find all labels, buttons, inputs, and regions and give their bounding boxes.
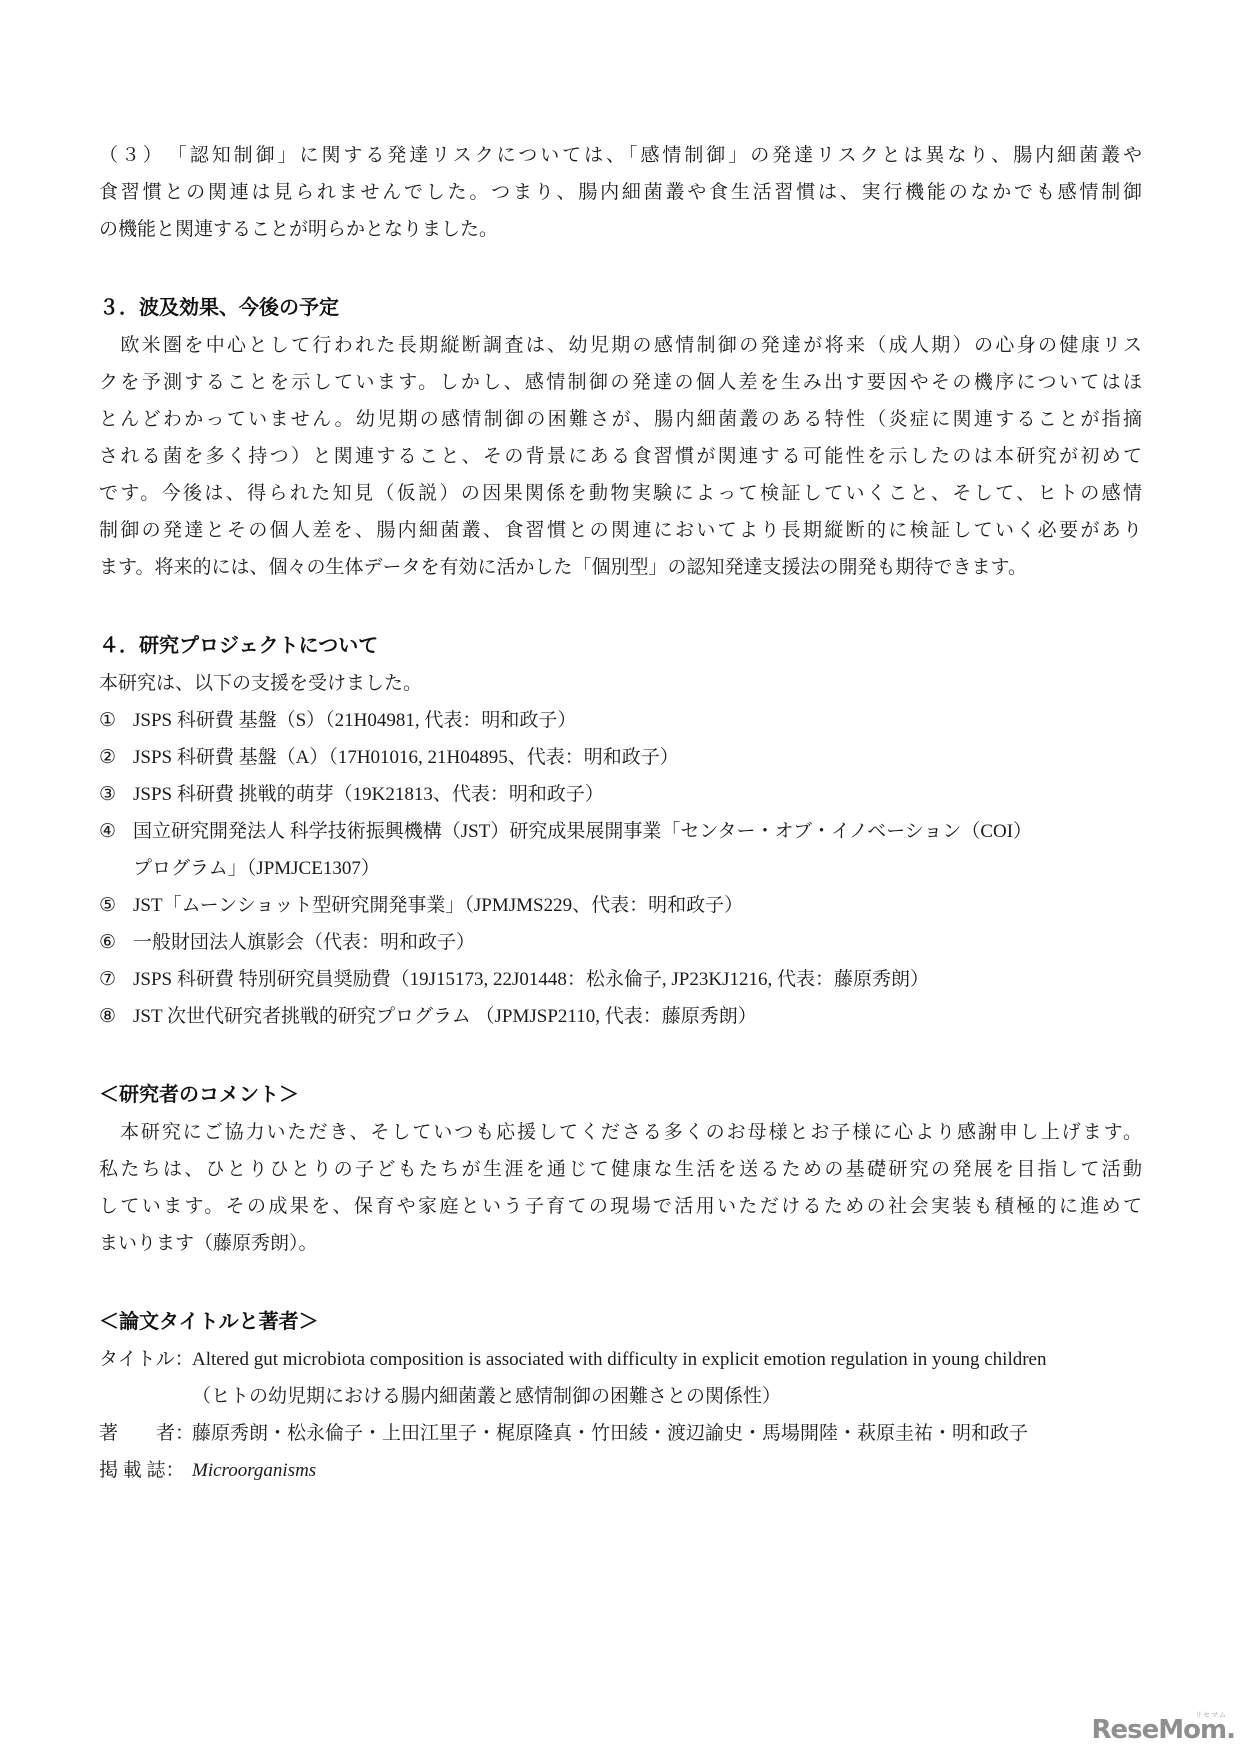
funding-item-text: プログラム」（JPMJCE1307） xyxy=(133,850,380,887)
section-heading-paper-info: ＜論文タイトルと著者＞ xyxy=(99,1304,1142,1341)
paper-journal-name: Microorganisms xyxy=(192,1460,316,1481)
funding-item-line: ①JSPS 科研費 基盤（S）（21H04981, 代表：明和政子） xyxy=(99,702,1142,739)
text-line: 食習慣との関連は見られませんでした。つまり、腸内細菌叢や食生活習慣は、実行機能の… xyxy=(99,174,1142,211)
text-line: です。今後は、得られた知見（仮説）の因果関係を動物実験によって検証していくこと、… xyxy=(99,475,1142,512)
funding-item-marker: ① xyxy=(99,702,133,739)
text-line: の機能と関連することが明らかとなりました。 xyxy=(99,211,1142,248)
text-line: クを予測することを示しています。しかし、感情制御の発達の個人差を生み出す要因やそ… xyxy=(99,364,1142,401)
text-line: ます。将来的には、個々の生体データを有効に活かした「個別型」の認知発達支援法の開… xyxy=(99,549,1142,586)
funding-item-marker: ⑤ xyxy=(99,887,133,924)
text-line: しています。その成果を、保育や家庭という子育ての現場で活用いただけるための社会実… xyxy=(99,1188,1142,1225)
funding-item-marker: ③ xyxy=(99,776,133,813)
paper-authors-line: 著 者：藤原秀朗・松永倫子・上田江里子・梶原隆真・竹田綾・渡辺諭史・馬場開陸・萩… xyxy=(99,1415,1142,1452)
document-content: （３） 「認知制御」に関する発達リスクについては、「感情制御」の発達リスクとは異… xyxy=(99,137,1142,1489)
paper-title-line: タイトル：Altered gut microbiota composition … xyxy=(99,1341,1142,1378)
text-line: 本研究にご協力いただき、そしていつも応援してくださる多くのお母様とお子様に心より… xyxy=(99,1114,1142,1151)
resemom-logo: リセマム ReseMom. xyxy=(1092,1717,1235,1743)
funding-item-text: JSPS 科研費 特別研究員奨励費（19J15173, 22J01448：松永倫… xyxy=(133,961,929,998)
text-line: 私たちは、ひとりひとりの子どもたちが生涯を通じて健康な生活を送るための基礎研究の… xyxy=(99,1151,1142,1188)
funding-item-marker: ⑦ xyxy=(99,961,133,998)
paragraph-cognitive-control: （３） 「認知制御」に関する発達リスクについては、「感情制御」の発達リスクとは異… xyxy=(99,137,1142,248)
funding-list: ①JSPS 科研費 基盤（S）（21H04981, 代表：明和政子）②JSPS … xyxy=(99,702,1142,1035)
funding-item-marker: ④ xyxy=(99,813,133,850)
text-line: 欧米圏を中心として行われた長期縦断調査は、幼児期の感情制御の発達が将来（成人期）… xyxy=(99,327,1142,364)
text-line: 制御の発達とその個人差を、腸内細菌叢、食習慣との関連においてより長期縦断的に検証… xyxy=(99,512,1142,549)
funding-item-line: ④国立研究開発法人 科学技術振興機構（JST）研究成果展開事業「センター・オブ・… xyxy=(99,813,1142,850)
funding-item-marker: ⑧ xyxy=(99,998,133,1035)
funding-item-marker: ⑥ xyxy=(99,924,133,961)
funding-item-text: JSPS 科研費 基盤（A）（17H01016, 21H04895、代表：明和政… xyxy=(133,739,679,776)
paper-authors: 藤原秀朗・松永倫子・上田江里子・梶原隆真・竹田綾・渡辺諭史・馬場開陸・萩原圭祐・… xyxy=(192,1423,1028,1444)
funding-item-line: ③JSPS 科研費 挑戦的萌芽（19K21813、代表：明和政子） xyxy=(99,776,1142,813)
funding-item-line: ⑤JST「ムーンショット型研究開発事業」（JPMJMS229、代表：明和政子） xyxy=(99,887,1142,924)
paragraph-researcher-comment: 本研究にご協力いただき、そしていつも応援してくださる多くのお母様とお子様に心より… xyxy=(99,1114,1142,1262)
text-line: まいります（藤原秀朗）。 xyxy=(99,1225,1142,1262)
funding-item-marker xyxy=(99,850,133,887)
funding-item-text: JST 次世代研究者挑戦的研究プログラム （JPMJSP2110, 代表：藤原秀… xyxy=(133,998,757,1035)
funding-item-line: ②JSPS 科研費 基盤（A）（17H01016, 21H04895、代表：明和… xyxy=(99,739,1142,776)
funding-item-text: JST「ムーンショット型研究開発事業」（JPMJMS229、代表：明和政子） xyxy=(133,887,743,924)
paper-title-label: タイトル： xyxy=(99,1341,192,1378)
funding-item-text: 一般財団法人旗影会（代表：明和政子） xyxy=(133,924,475,961)
resemom-logo-ruby: リセマム xyxy=(1195,1710,1227,1720)
paper-title-japanese: （ヒトの幼児期における腸内細菌叢と感情制御の困難さとの関係性） xyxy=(99,1378,1142,1415)
text-line: される菌を多く持つ）と関連すること、その背景にある食習慣が関連する可能性を示した… xyxy=(99,438,1142,475)
funding-item-text: JSPS 科研費 基盤（S）（21H04981, 代表：明和政子） xyxy=(133,702,576,739)
funding-item-line: プログラム」（JPMJCE1307） xyxy=(99,850,1142,887)
paper-journal-line: 掲 載 誌：Microorganisms xyxy=(99,1452,1142,1489)
funding-item-text: 国立研究開発法人 科学技術振興機構（JST）研究成果展開事業「センター・オブ・イ… xyxy=(133,813,1032,850)
text-line: とんどわかっていません。幼児期の感情制御の困難さが、腸内細菌叢のある特性（炎症に… xyxy=(99,401,1142,438)
section-heading-project: ４．研究プロジェクトについて xyxy=(99,628,1142,665)
project-lead-text: 本研究は、以下の支援を受けました。 xyxy=(99,665,1142,702)
funding-item-line: ⑦JSPS 科研費 特別研究員奨励費（19J15173, 22J01448：松永… xyxy=(99,961,1142,998)
funding-item-line: ⑥一般財団法人旗影会（代表：明和政子） xyxy=(99,924,1142,961)
paper-journal-label: 掲 載 誌： xyxy=(99,1452,192,1489)
text-line: （３） 「認知制御」に関する発達リスクについては、「感情制御」の発達リスクとは異… xyxy=(99,137,1142,174)
document-page: （３） 「認知制御」に関する発達リスクについては、「感情制御」の発達リスクとは異… xyxy=(0,0,1241,1755)
paper-authors-label: 著 者： xyxy=(99,1415,192,1452)
paper-title-english: Altered gut microbiota composition is as… xyxy=(192,1349,1046,1370)
paragraph-effects-future: 欧米圏を中心として行われた長期縦断調査は、幼児期の感情制御の発達が将来（成人期）… xyxy=(99,327,1142,586)
funding-item-line: ⑧JST 次世代研究者挑戦的研究プログラム （JPMJSP2110, 代表：藤原… xyxy=(99,998,1142,1035)
section-heading-researcher-comment: ＜研究者のコメント＞ xyxy=(99,1077,1142,1114)
section-heading-effects: ３．波及効果、今後の予定 xyxy=(99,290,1142,327)
funding-item-marker: ② xyxy=(99,739,133,776)
funding-item-text: JSPS 科研費 挑戦的萌芽（19K21813、代表：明和政子） xyxy=(133,776,604,813)
